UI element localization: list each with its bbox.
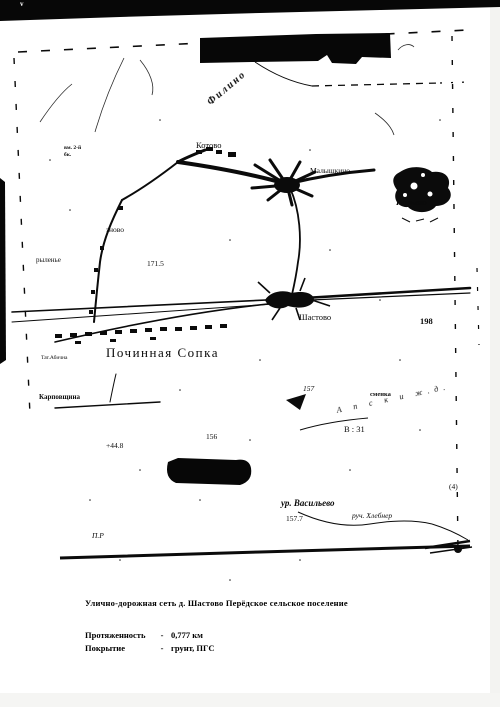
settlement-porievo — [393, 167, 450, 222]
marsh-mark — [286, 394, 306, 410]
stat-label: Протяженность — [85, 630, 155, 640]
scan-noise — [49, 119, 441, 581]
caption-block: Улично-дорожная сеть д. Шастово Перёдско… — [85, 598, 465, 656]
stat-value: 0,777 км — [169, 630, 203, 640]
redaction-block-top — [200, 33, 391, 64]
scan-artifact-top-bar — [0, 0, 500, 21]
stat-separator: - — [155, 630, 169, 640]
stat-label: Покрытие — [85, 643, 155, 653]
stat-row-length: Протяженность - 0,777 км — [85, 630, 465, 640]
scanned-page: vФилиноКотововм. 2-йбк.МалышкиноПорьевоз… — [0, 0, 500, 707]
settlement-malyshkino — [252, 160, 315, 205]
redaction-block-bottom — [167, 458, 251, 485]
boundary-line — [255, 62, 468, 86]
settlement-kotovo — [196, 147, 236, 157]
caption-stats: Протяженность - 0,777 км Покрытие - грун… — [85, 630, 465, 653]
stat-value: грунт, ПГС — [169, 643, 214, 653]
caption-title: Улично-дорожная сеть д. Шастово Перёдско… — [85, 598, 465, 608]
stat-separator: - — [155, 643, 169, 653]
stat-row-surface: Покрытие - грунт, ПГС — [85, 643, 465, 653]
stream-lines — [298, 418, 468, 540]
scan-artifact-left-bar — [0, 178, 6, 364]
